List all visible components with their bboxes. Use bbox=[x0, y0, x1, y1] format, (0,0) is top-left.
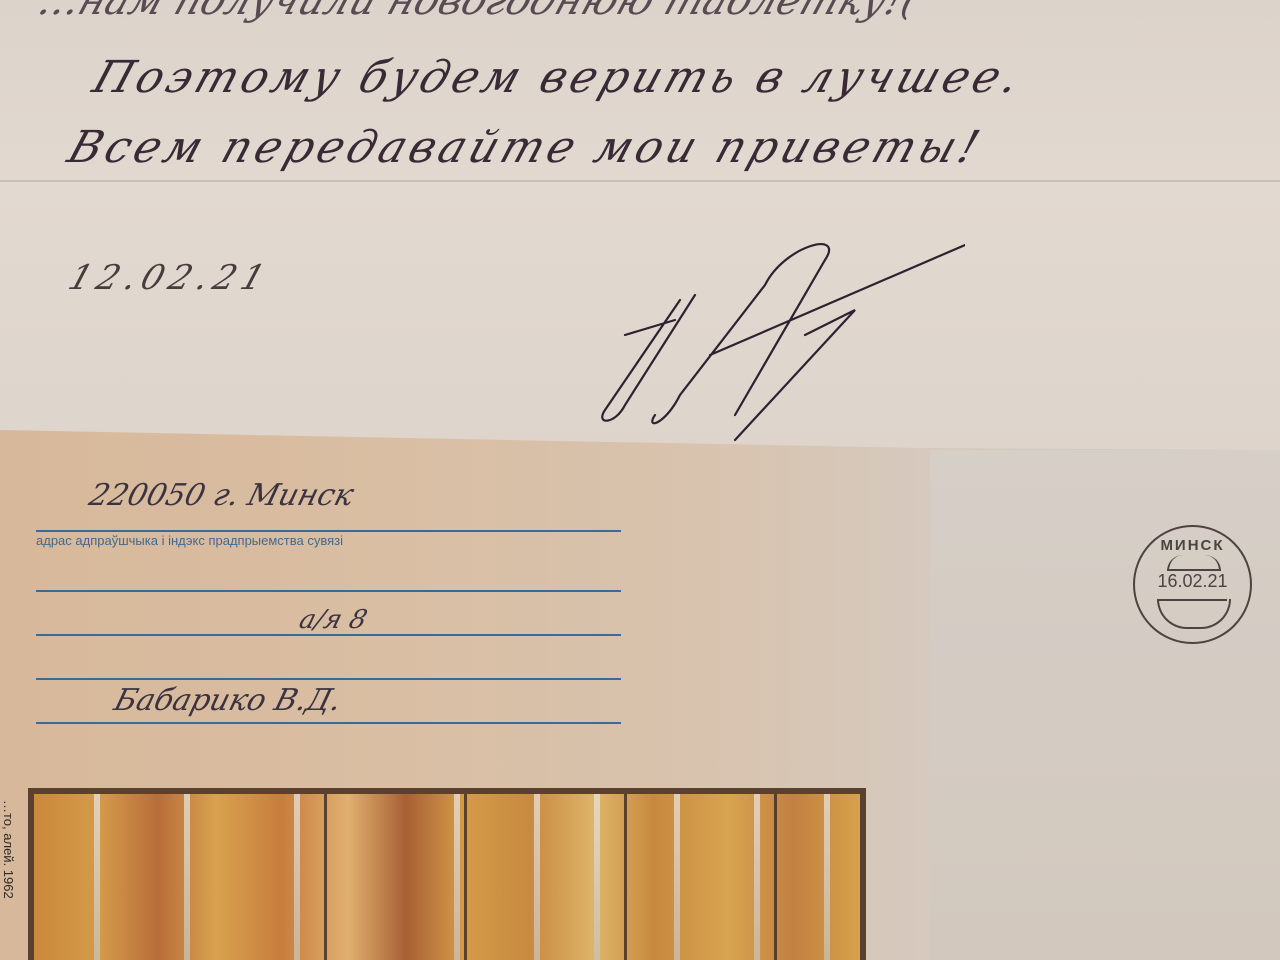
sender-postcode-city: 220050 г. Минск bbox=[85, 478, 357, 513]
sender-name: Бабарико В.Д. bbox=[110, 683, 345, 718]
painting-credit-text: …то, алей. 1962 bbox=[1, 800, 16, 899]
address-line-3 bbox=[36, 634, 621, 636]
letter-page: …нам получили новогоднюю таблетку!( Поэт… bbox=[0, 0, 1280, 470]
postmark-stamp: МИНСК 16.02.21 bbox=[1133, 525, 1252, 644]
envelope-painting bbox=[28, 788, 866, 960]
envelope-right-flap bbox=[930, 450, 1280, 960]
letter-date: 12.02.21 bbox=[64, 258, 276, 298]
letter-line-1: Поэтому будем верить в лучшее. bbox=[87, 52, 1030, 103]
postmark-date: 16.02.21 bbox=[1135, 571, 1250, 592]
address-line-2 bbox=[36, 590, 621, 592]
paper-fold bbox=[0, 180, 1280, 182]
letter-line-2: Всем передавайте мои приветы! bbox=[62, 122, 990, 173]
letter-line-partial: …нам получили новогоднюю таблетку!( bbox=[33, 0, 926, 24]
sender-po-box: а/я 8 bbox=[296, 605, 370, 635]
address-line-4 bbox=[36, 678, 621, 680]
postmark-city: МИНСК bbox=[1135, 537, 1250, 554]
address-line-5 bbox=[36, 722, 621, 724]
signature-icon bbox=[585, 225, 965, 445]
address-line-1 bbox=[36, 530, 621, 532]
sender-caption: адрас адпраўшчыка і індэкс прадпрыемства… bbox=[36, 533, 343, 548]
postmark-arc-bottom bbox=[1157, 599, 1231, 629]
postmark-arc-top bbox=[1167, 555, 1221, 571]
